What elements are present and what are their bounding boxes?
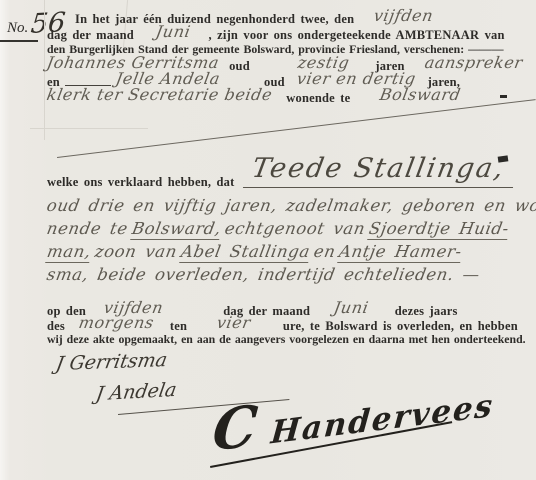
handwritten-father-name: Abel Stallinga: [179, 242, 311, 263]
handwritten-spouse-name-continued: man,: [45, 242, 92, 263]
record-number-rule: [0, 40, 38, 42]
signature-text: J Andela: [94, 379, 178, 405]
signature-official: C Handervees: [209, 365, 499, 464]
record-number-label: No.: [7, 20, 28, 36]
deceased-details-line-4: sma, beide overleden, indertijd echtelie…: [47, 267, 480, 287]
handwritten-text: en: [312, 242, 337, 261]
signature-text: J Gerritsma: [54, 349, 169, 375]
deceased-details-line-1: oud drie en vijftig jaren, zadelmaker, g…: [47, 198, 536, 218]
handwritten-text: zoon van: [93, 242, 178, 261]
signature-text: C Handervees: [210, 364, 497, 465]
handwritten-declarant-2-occupation: klerk ter Secretarie beide: [45, 85, 274, 104]
paper-crease: [30, 128, 148, 129]
handwritten-place-name: Bolsward,: [130, 219, 223, 240]
handwritten-mother-name: Antje Hamer-: [337, 242, 463, 263]
deceased-name-line: welke ons verklaard hebben, dat Teede St…: [47, 162, 517, 197]
handwritten-text: nende te: [45, 219, 129, 238]
handwritten-text: oud drie en vijftig jaren, zadelmaker, g…: [45, 196, 536, 215]
handwritten-text: sma, beide overleden, indertijd echtelie…: [45, 265, 481, 284]
deceased-details-line-3: man, zoon van Abel Stallinga en Antje Ha…: [47, 244, 462, 265]
printed-text: welke ons verklaard hebben, dat: [47, 175, 234, 189]
closing-statement-line: wij deze akte opgemaakt, en aan de aange…: [47, 330, 526, 348]
handwritten-declarant-1-occupation: aanspreker: [423, 53, 524, 72]
handwritten-spouse-name: Sjoerdtje Huid-: [367, 219, 510, 240]
scan-artifact-mark: [500, 95, 507, 98]
deceased-details-line-2: nende te Bolsward, echtgenoot van Sjoerd…: [47, 221, 509, 242]
signature-witness-1: J Gerritsma: [56, 349, 168, 375]
declarants-residence-line: klerk ter Secretarie beide wonende te Bo…: [47, 87, 461, 107]
handwritten-residence: Bolsward: [379, 85, 463, 104]
signature-witness-2: J Andela: [95, 379, 176, 405]
handwritten-day-ordinal: vijfden: [373, 6, 436, 25]
handwritten-deceased-name: Teede Stallinga,: [243, 153, 520, 188]
printed-text: wij deze akte opgemaakt, en aan de aange…: [47, 332, 526, 346]
handwritten-month: Juni: [154, 22, 192, 41]
handwritten-text: echtgenoot van: [223, 219, 367, 238]
death-certificate-scan: No.56 In het jaar één duizend negenhonde…: [0, 0, 536, 480]
printed-text: wonende te: [286, 91, 350, 105]
